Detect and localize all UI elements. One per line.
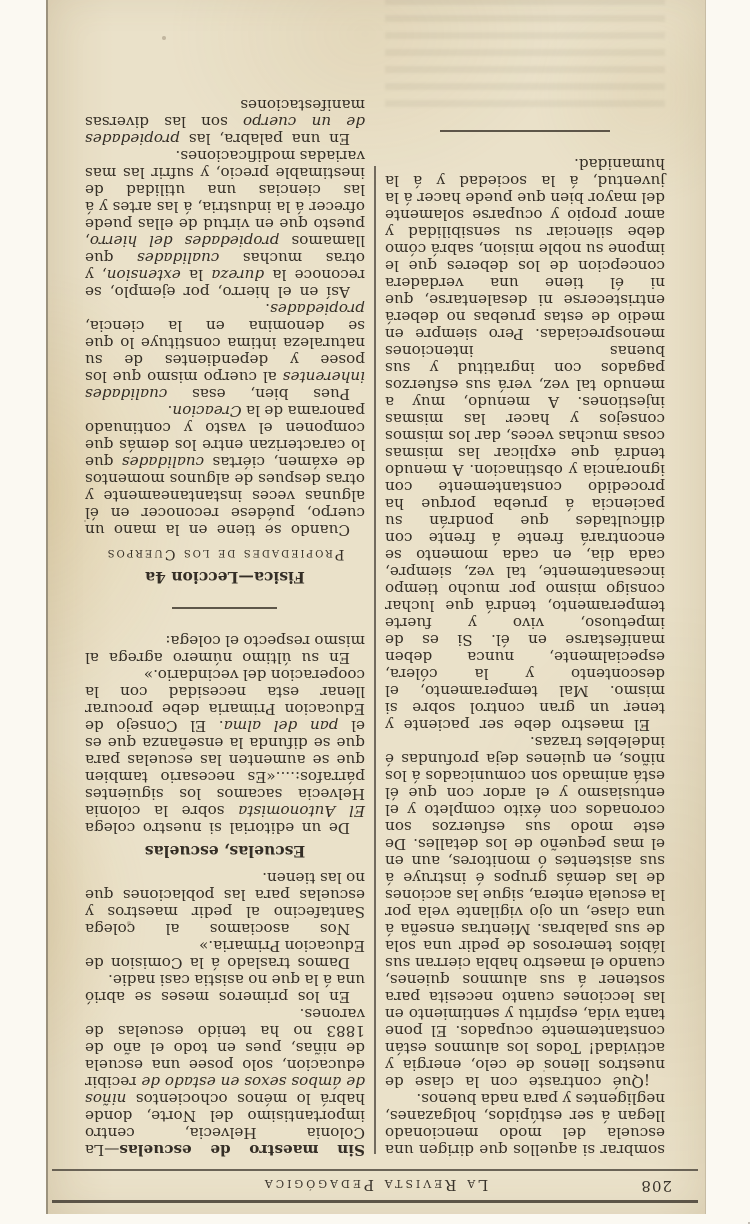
separator-rule: [385, 123, 665, 140]
paragraph: En los primeros meses se abrió una á la …: [85, 971, 365, 1005]
column-divider-rule: [375, 166, 377, 1154]
section-heading: Propiedades de los Cuerpos: [85, 545, 365, 562]
separator-rule: [85, 600, 365, 617]
paragraph: Nos asociamos al colega Santafecino al p…: [85, 869, 365, 937]
paragraph: sombrar si aquellos que dirigen una escu…: [385, 1090, 665, 1158]
paragraph: Damos traslado á la Comision de Educacio…: [85, 937, 365, 971]
page-header: 208 La Revista Pedagógica: [52, 1175, 698, 1197]
paragraph: Cuando se tiene en la mano un cuerpo, pu…: [85, 402, 365, 538]
section-heading: Escuelas, escuelas: [85, 843, 365, 860]
paragraph: De un editorial si nuestro colega El Aut…: [85, 666, 365, 836]
left-column: sombrar si aquellos que dirigen una escu…: [385, 0, 665, 1158]
section-heading: Fisica—Leccion 4a: [85, 569, 365, 586]
paragraph: En su último número agrega al mismo resp…: [85, 632, 365, 666]
journal-title: La Revista Pedagógica: [52, 1176, 698, 1194]
paragraph: ¡Qué contraste con la clase de nuestros …: [385, 733, 665, 1090]
header-bottom-rule: [52, 1170, 698, 1172]
right-column: Sin maestro de escuelas—La Colonia Helve…: [85, 96, 365, 1158]
header-top-rule: [52, 1201, 698, 1204]
paragraph: Así en el hierro, por ejemplo, se recono…: [85, 147, 365, 300]
bleedthrough-area: [385, 0, 665, 107]
paragraph: Sin maestro de escuelas—La Colonia Helve…: [85, 1005, 365, 1158]
paragraph: Pues bien, esas cualidades inherentes al…: [85, 300, 365, 402]
paragraph: El maestro debe ser paciente y tener un …: [385, 155, 665, 733]
text-columns: sombrar si aquellos que dirigen una escu…: [85, 158, 665, 1158]
paragraph: En una palabra, las propiedades de un cu…: [85, 96, 365, 147]
scanned-page-upside-down: 208 La Revista Pedagógica sombrar si aqu…: [0, 0, 750, 1224]
